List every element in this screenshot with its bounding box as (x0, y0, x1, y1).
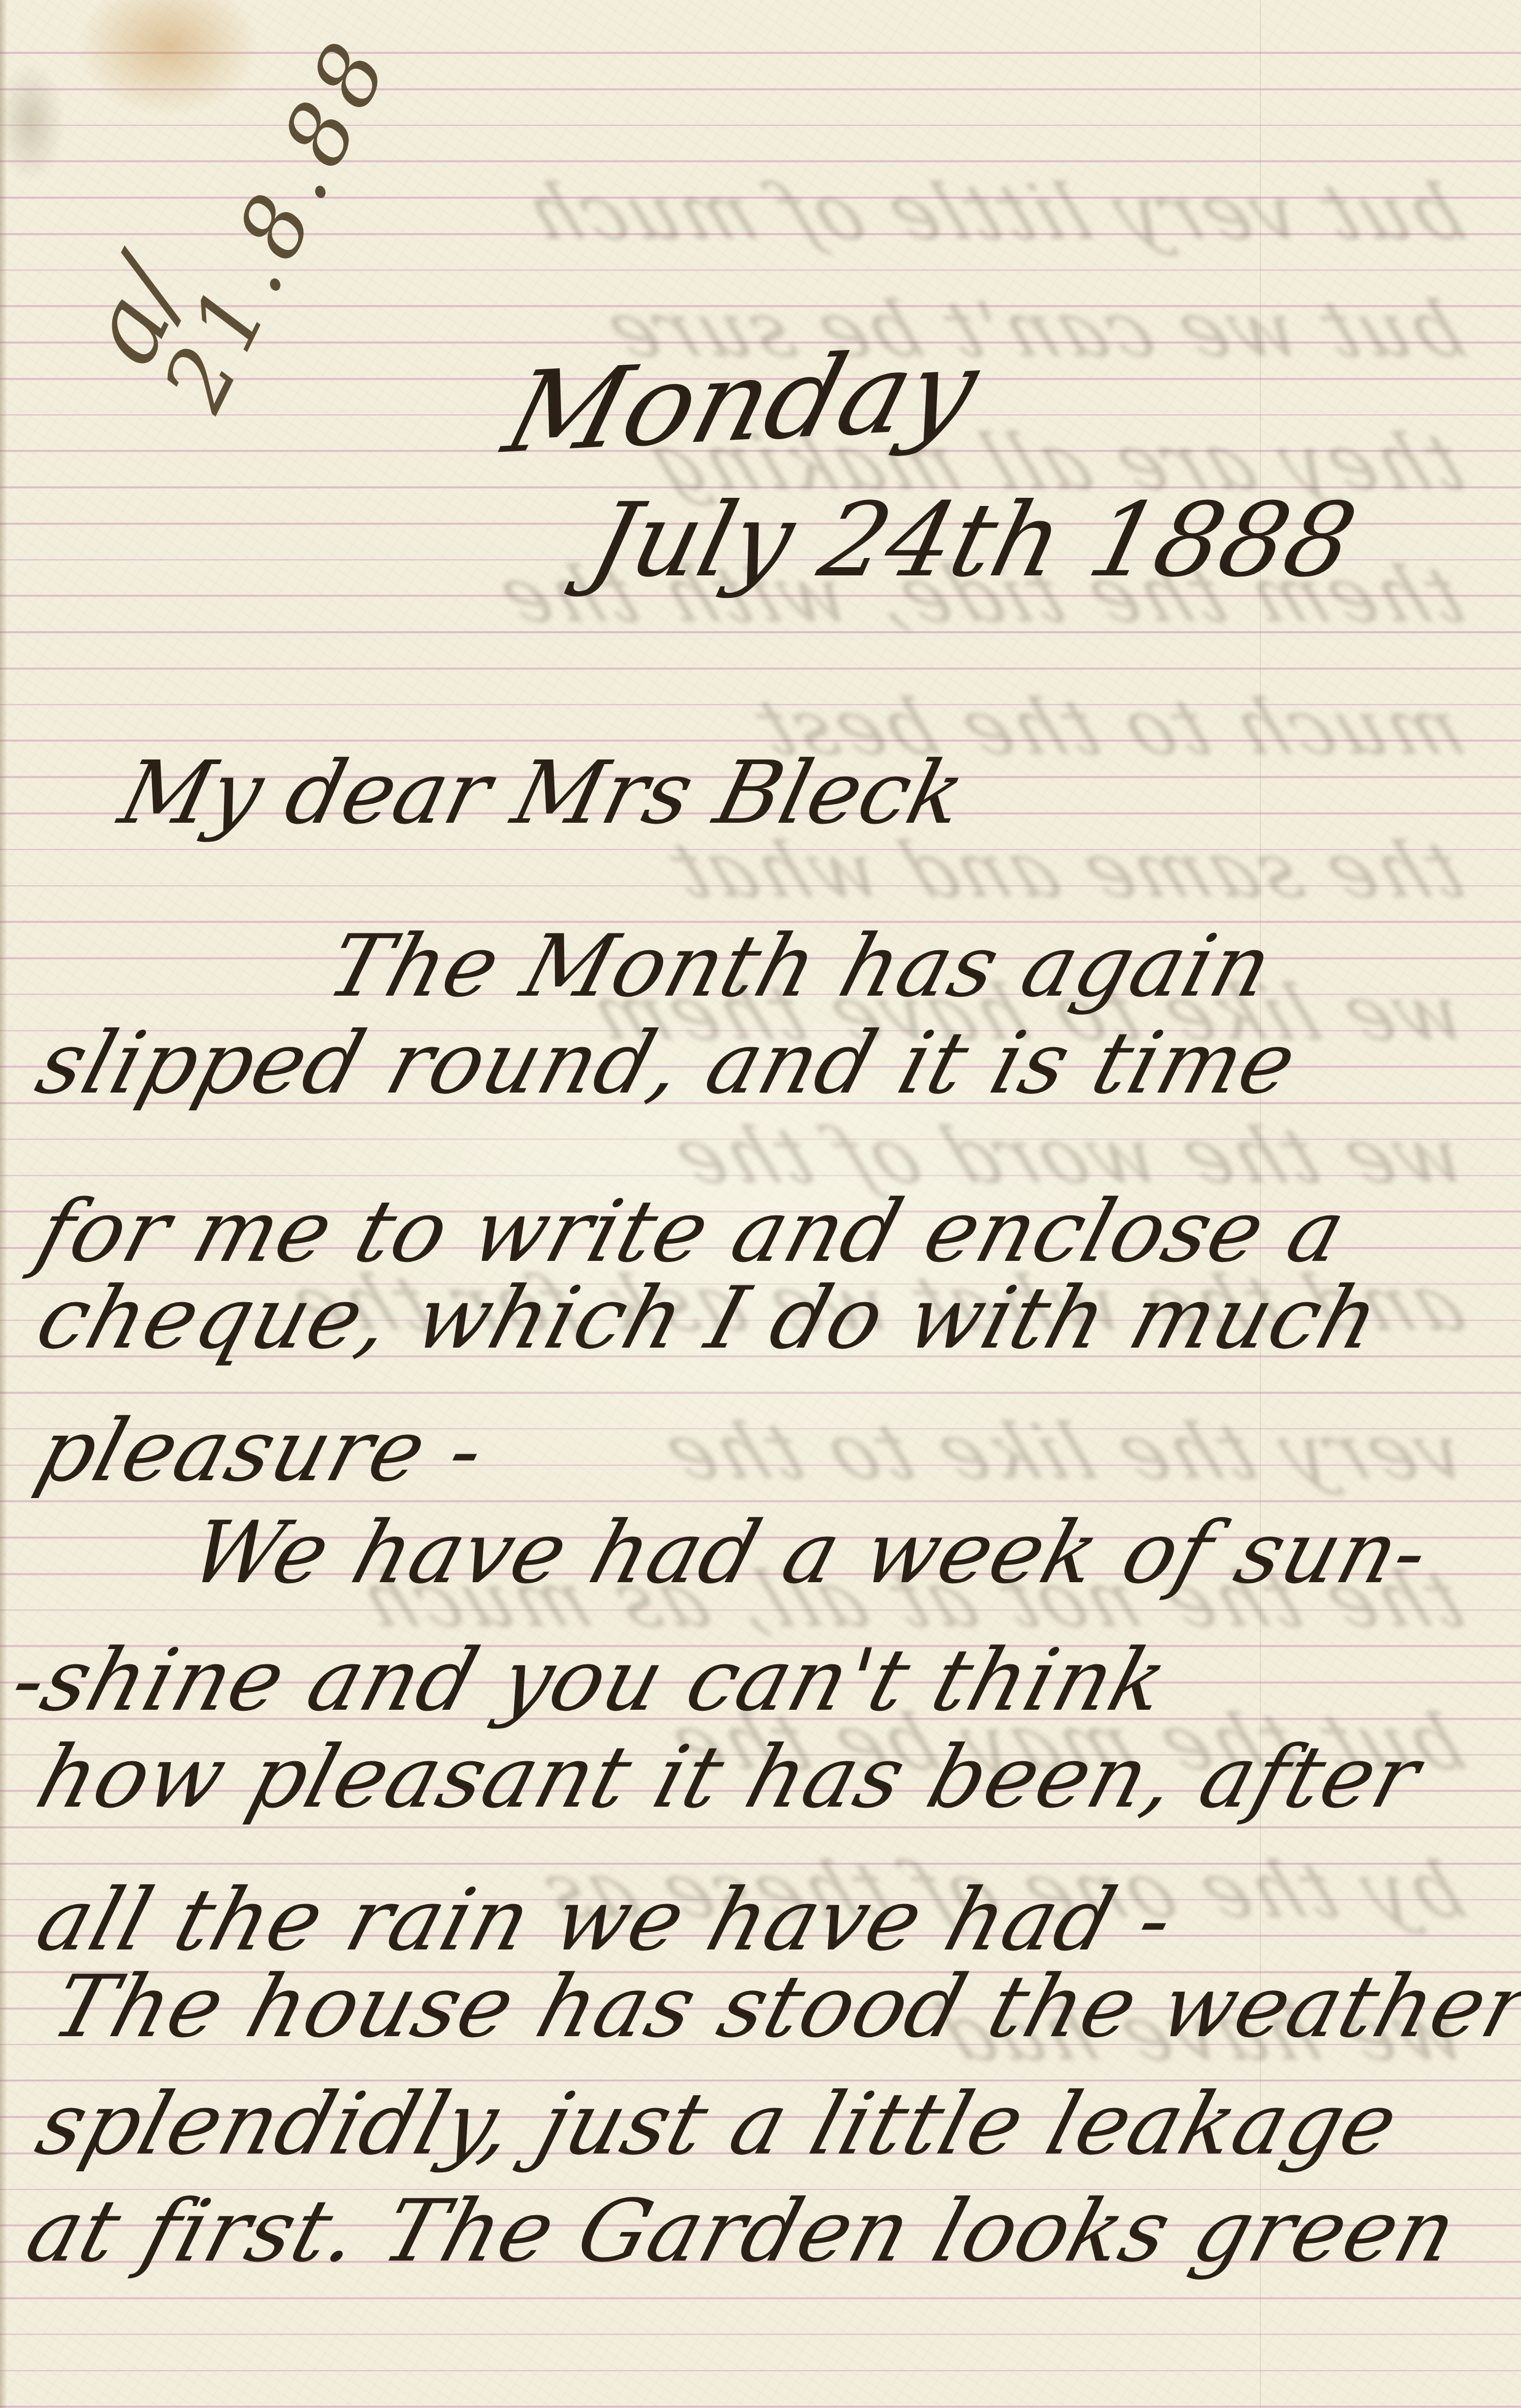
body-line: all the rain we have had - (29, 1877, 1183, 1963)
body-line: how pleasant it has been, after (29, 1734, 1430, 1820)
show-through-line: but very little of much (509, 168, 1478, 257)
archive-annotation: a/ 21.8.88 (77, 0, 517, 169)
letter-day: Monday (495, 333, 990, 469)
letter-page: but very little of much but we can't be … (0, 0, 1521, 2408)
body-line: at first. The Garden looks green (18, 2188, 1466, 2274)
letter-date: July 24th 1888 (581, 490, 1365, 592)
body-line: The Month has again (319, 923, 1282, 1009)
body-line: -shine and you can't think (3, 1637, 1177, 1723)
body-line: for me to write and enclose a (29, 1188, 1355, 1274)
body-line: We have had a week of sun- (182, 1510, 1439, 1595)
show-through-line: very the like to the (647, 1408, 1478, 1497)
salutation: My dear Mrs Bleck (112, 750, 973, 837)
body-line: slipped round, and it is time (29, 1020, 1306, 1106)
body-line: cheque, which I do with much (29, 1275, 1389, 1361)
body-line: splendidly, just a little leakage (29, 2081, 1408, 2167)
body-line: pleasure - (29, 1408, 494, 1493)
page-edge-shadow (0, 0, 7, 2408)
archive-reference: 21.8.88 (144, 19, 411, 425)
body-line: The house has stood the weather (44, 1964, 1521, 2049)
